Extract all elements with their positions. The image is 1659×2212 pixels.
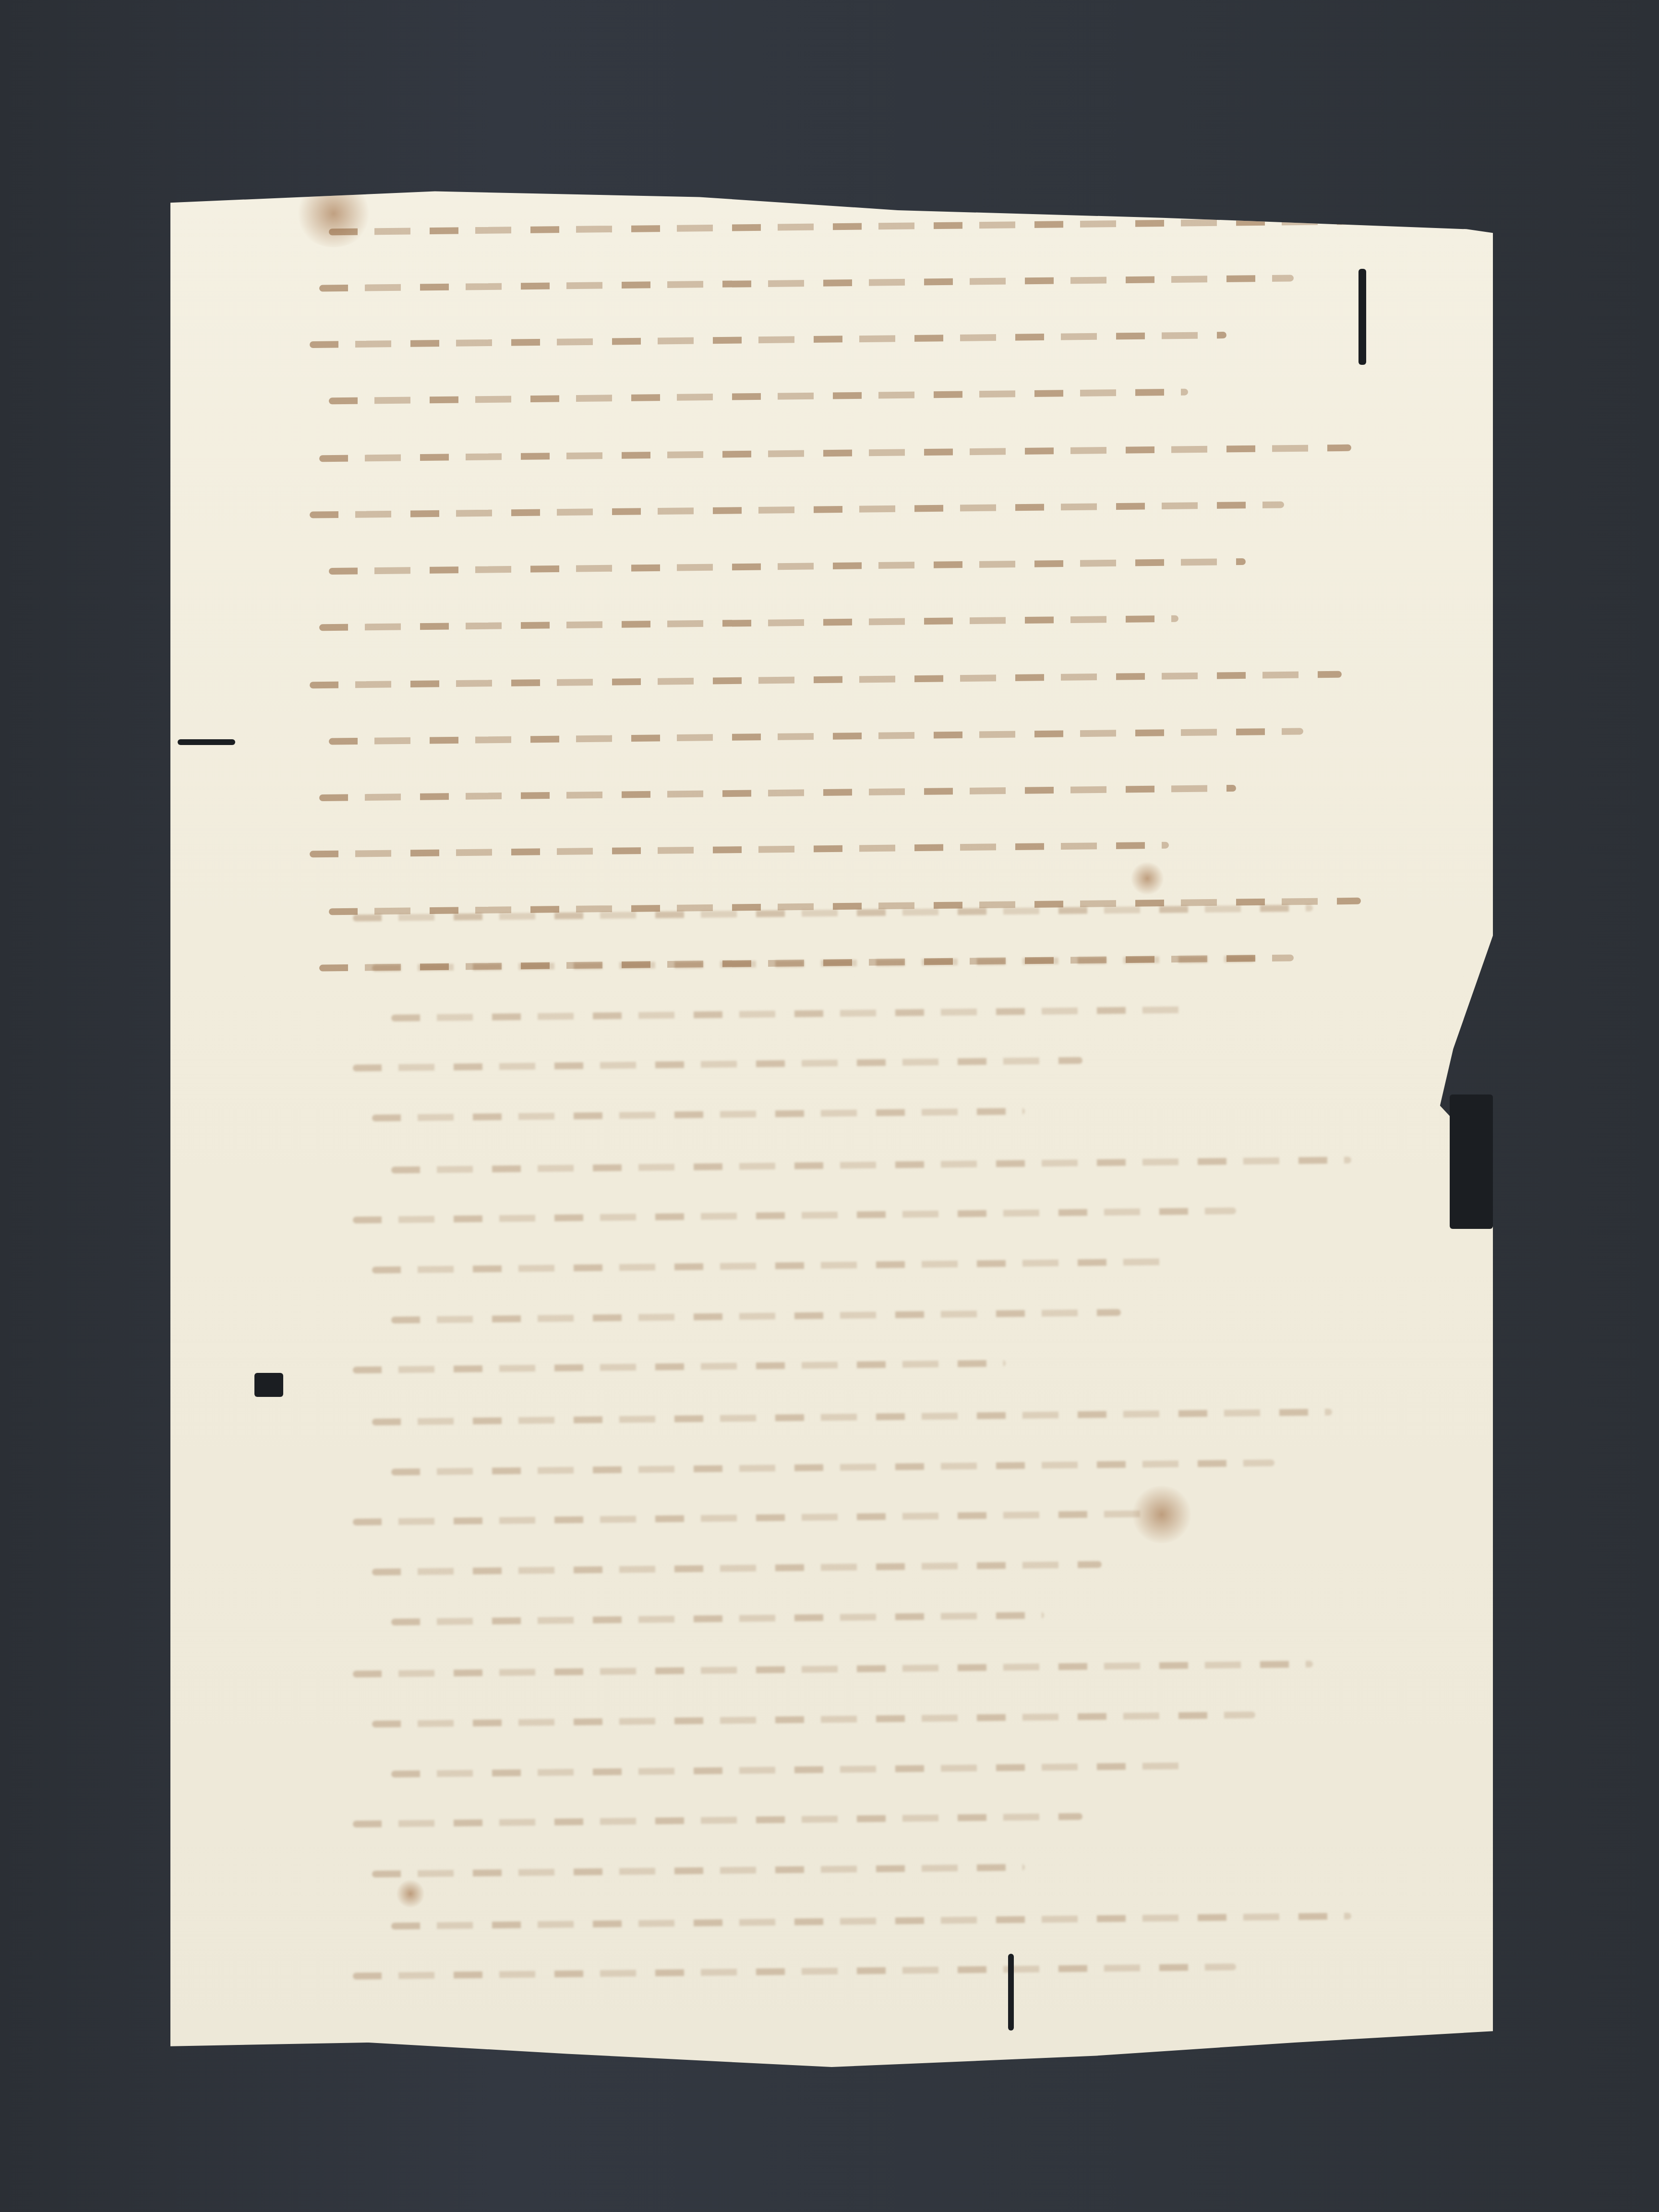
paper-damage-right bbox=[1450, 1094, 1493, 1229]
bleed-through-line bbox=[353, 1360, 1006, 1373]
bleed-through-line bbox=[353, 1813, 1082, 1827]
bleed-through-line bbox=[353, 1057, 1082, 1071]
manuscript-page bbox=[170, 180, 1493, 2069]
script-line bbox=[329, 218, 1361, 236]
paper-damage-bottom bbox=[1008, 1954, 1014, 2031]
bleed-through-line bbox=[391, 1913, 1351, 1930]
bleed-through-line bbox=[391, 1762, 1198, 1778]
script-line bbox=[310, 671, 1342, 689]
bleed-through-line bbox=[391, 1459, 1274, 1475]
script-line bbox=[310, 332, 1226, 348]
script-line bbox=[319, 445, 1351, 462]
ink-stain bbox=[1130, 862, 1164, 895]
bleed-through-line bbox=[372, 1561, 1102, 1575]
bleed-through-line bbox=[353, 1963, 1236, 1979]
bleed-through-line bbox=[372, 1711, 1255, 1727]
script-line bbox=[310, 842, 1169, 858]
bleed-through-line bbox=[391, 1612, 1044, 1625]
bleed-through-line bbox=[353, 1207, 1236, 1223]
bleed-through-line bbox=[372, 1108, 1025, 1121]
bleed-through-line bbox=[372, 1409, 1332, 1426]
bleed-through-line bbox=[372, 1258, 1178, 1274]
bleed-through-line bbox=[391, 1309, 1121, 1323]
script-line bbox=[319, 275, 1294, 291]
bleed-through-line bbox=[372, 1864, 1025, 1877]
paper-damage-left bbox=[254, 1373, 283, 1397]
script-line bbox=[329, 558, 1246, 575]
script-line bbox=[329, 728, 1303, 745]
bleed-through-line bbox=[391, 1006, 1198, 1022]
script-line bbox=[310, 501, 1284, 518]
ink-stain bbox=[396, 1879, 425, 1908]
paper-damage-right-top bbox=[1358, 269, 1366, 365]
bleed-through-line bbox=[391, 1157, 1351, 1174]
paper-damage-left bbox=[178, 739, 235, 745]
script-line bbox=[319, 785, 1236, 801]
bleed-through-line bbox=[353, 1661, 1313, 1678]
bleed-through-line bbox=[372, 955, 1255, 971]
bleed-through-line bbox=[353, 1510, 1159, 1526]
script-line bbox=[319, 615, 1178, 631]
script-line bbox=[329, 389, 1188, 405]
